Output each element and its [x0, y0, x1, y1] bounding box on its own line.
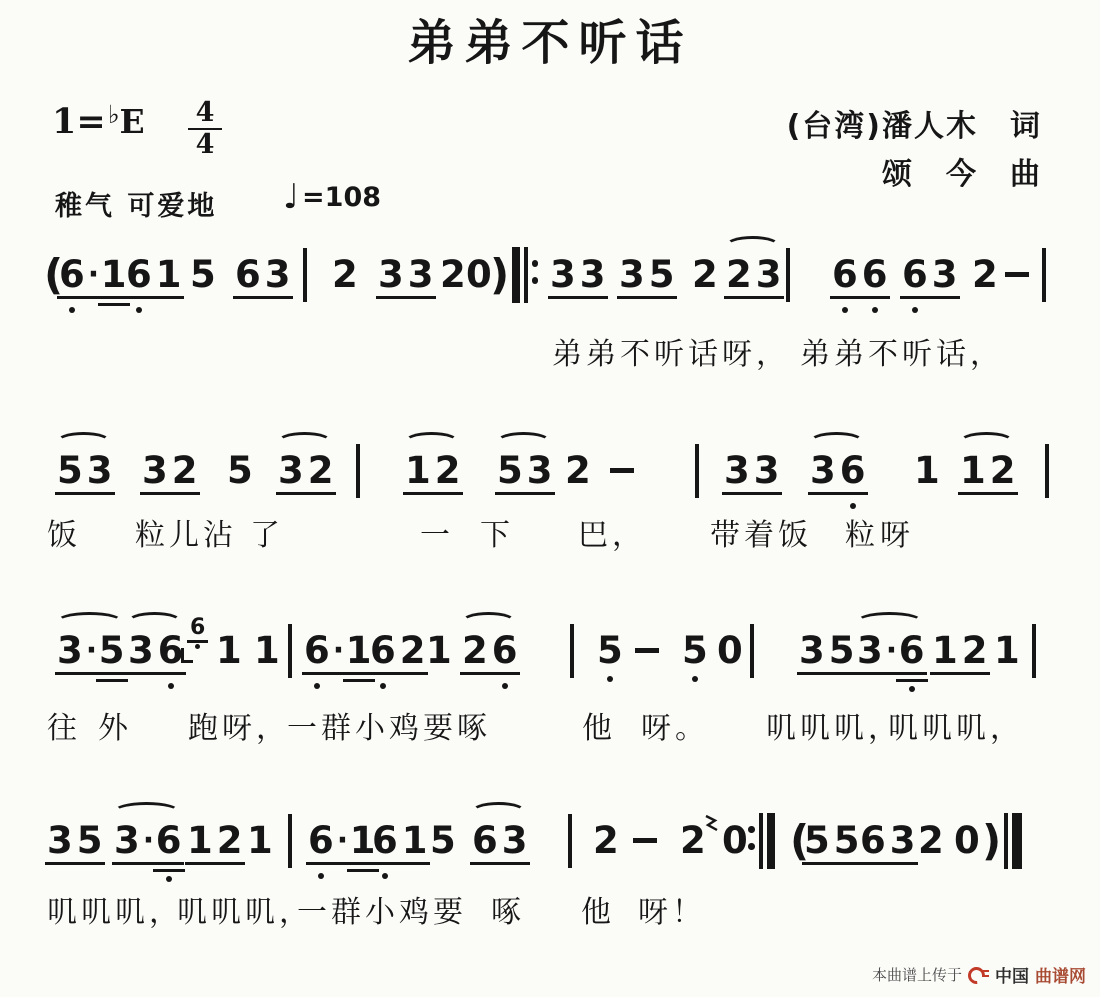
grace-hook — [181, 648, 193, 663]
note-group: 3·5 — [55, 632, 127, 675]
note-group: 61 — [370, 822, 430, 865]
note-group: 33 — [548, 256, 608, 299]
note-group: 0 — [952, 822, 982, 860]
lyric-segment: 带着饭 — [710, 519, 812, 553]
score-area: (6·16156323320)333522366632弟弟不听话呀，弟弟不听话，… — [0, 0, 1100, 997]
note-group: 66 — [830, 256, 890, 299]
note-group: 12 — [185, 822, 245, 865]
note-group: 12 — [403, 452, 463, 495]
lyric-segment: 粒儿沾 — [135, 519, 237, 553]
note-group: 0 — [720, 822, 750, 860]
lyric-segment: 他 — [581, 896, 615, 930]
duration-dash — [633, 838, 657, 843]
octave-dot — [607, 676, 613, 682]
note-group: 5 — [595, 632, 625, 670]
note-group: 2 — [563, 452, 593, 490]
barline — [1032, 624, 1036, 678]
note-group: 2 — [591, 822, 621, 860]
octave-dot — [168, 683, 174, 689]
octave-dot — [850, 503, 856, 509]
note-group: 63 — [233, 256, 293, 299]
note-group: 5 — [188, 256, 218, 294]
barline — [750, 624, 754, 678]
note-group: 1 — [252, 632, 282, 670]
lyric-segment: 叽叽叽， — [766, 712, 902, 746]
note-group: 1 — [992, 632, 1022, 670]
lyric-segment: 外 — [98, 712, 132, 746]
note-group: 2 — [970, 256, 1000, 294]
duration-dash — [610, 468, 634, 473]
note-group: 53 — [495, 452, 555, 495]
note-group: 2 — [916, 822, 946, 860]
close-paren: ) — [490, 252, 509, 298]
lyric-segment: 往 — [47, 712, 81, 746]
octave-dot — [872, 307, 878, 313]
octave-dot — [69, 307, 75, 313]
barline — [568, 814, 572, 868]
slide-down-icon — [704, 814, 719, 834]
note-group: 12 — [958, 452, 1018, 495]
note-group: 63 — [858, 822, 918, 865]
octave-dot — [380, 683, 386, 689]
octave-dot — [314, 683, 320, 689]
grace-note: 6 — [187, 616, 208, 643]
octave-dot — [912, 307, 918, 313]
note-group: 1 — [424, 632, 454, 670]
lyric-segment: 呀！ — [638, 896, 706, 930]
barline — [570, 624, 574, 678]
lyric-segment: 啄 — [491, 896, 525, 930]
octave-dot — [136, 307, 142, 313]
note-group: 6·1 — [306, 822, 378, 865]
note-group: 35 — [797, 632, 857, 675]
octave-dot — [502, 683, 508, 689]
note-group: 5 — [680, 632, 710, 670]
lyric-segment: 他 — [582, 712, 616, 746]
octave-dot — [195, 644, 200, 649]
note-group: 1 — [214, 632, 244, 670]
repeat-end-sign — [748, 813, 775, 869]
lyric-segment: 巴， — [578, 519, 646, 553]
barline — [288, 814, 292, 868]
lyric-segment: 粒 — [845, 519, 879, 553]
lyric-segment: 叽叽叽， — [47, 896, 183, 930]
lyric-segment: 一群小鸡要 — [297, 896, 467, 930]
lyric-segment: 一 — [420, 519, 454, 553]
note-group: 12 — [930, 632, 990, 675]
note-group: 3·6 — [112, 822, 184, 865]
note-group: 36 — [126, 632, 186, 675]
site-name-rest: 曲谱网 — [1035, 962, 1086, 987]
lyric-segment: 弟弟不听话呀， — [552, 338, 790, 372]
note-group: 5 — [225, 452, 255, 490]
octave-dot — [382, 873, 388, 879]
octave-dot — [166, 876, 172, 882]
final-barline — [1004, 813, 1022, 869]
note-group: 36 — [808, 452, 868, 495]
barline — [1045, 444, 1049, 498]
note-group: 2 — [690, 256, 720, 294]
lyric-segment: 叽叽叽， — [888, 712, 1024, 746]
octave-dot — [909, 686, 915, 692]
site-name-cn: 中国 — [995, 962, 1029, 987]
close-paren: ) — [982, 818, 1001, 864]
note-group: 0 — [715, 632, 745, 670]
octave-dot — [842, 307, 848, 313]
octave-dot — [318, 873, 324, 879]
note-group: 61 — [124, 256, 184, 299]
octave-dot — [692, 676, 698, 682]
barline — [356, 444, 360, 498]
lyric-segment: 一群小鸡要啄 — [287, 712, 491, 746]
note-group: 62 — [368, 632, 428, 675]
duration-dash — [635, 648, 659, 653]
note-group: 5 — [428, 822, 458, 860]
barline — [695, 444, 699, 498]
note-group: 32 — [276, 452, 336, 495]
note-group: 1 — [245, 822, 275, 860]
note-group: 2 — [330, 256, 360, 294]
sheet-music-page: 弟弟不听话 1= ♭ E 4 4 (台湾)潘人木 词 颂 今 曲 稚气 可爱地 … — [0, 0, 1100, 997]
note-group: 55 — [802, 822, 862, 865]
lyric-segment: 呀。 — [641, 712, 709, 746]
note-group: 33 — [722, 452, 782, 495]
note-group: 53 — [55, 452, 115, 495]
note-group: 23 — [724, 256, 784, 299]
upload-note: 本曲谱上传于 — [872, 964, 962, 985]
note-group: 6·1 — [57, 256, 129, 299]
lyric-segment: 了 — [250, 519, 284, 553]
lyric-segment: 跑呀， — [188, 712, 290, 746]
lyric-segment: 呀 — [880, 519, 914, 553]
note-group: 1 — [912, 452, 942, 490]
repeat-start-sign — [512, 247, 539, 303]
lyric-segment: 弟弟不听话， — [800, 338, 1004, 372]
note-group: 32 — [140, 452, 200, 495]
barline — [1042, 248, 1046, 302]
note-group: 63 — [900, 256, 960, 299]
barline — [303, 248, 307, 302]
note-group: 3·6 — [855, 632, 927, 675]
note-group: 35 — [617, 256, 677, 299]
lyric-segment: 下 — [480, 519, 514, 553]
watermark: 本曲谱上传于 中国 曲谱网 — [872, 962, 1086, 987]
note-group: 33 — [376, 256, 436, 299]
barline — [288, 624, 292, 678]
note-group: 26 — [460, 632, 520, 675]
note-group: 35 — [45, 822, 105, 865]
note-group: 6·1 — [302, 632, 374, 675]
barline — [786, 248, 790, 302]
lyric-segment: 饭 — [47, 519, 81, 553]
duration-dash — [1005, 272, 1029, 277]
lyric-segment: 叽叽叽， — [177, 896, 313, 930]
note-group: 63 — [470, 822, 530, 865]
site-logo-icon — [968, 965, 989, 985]
